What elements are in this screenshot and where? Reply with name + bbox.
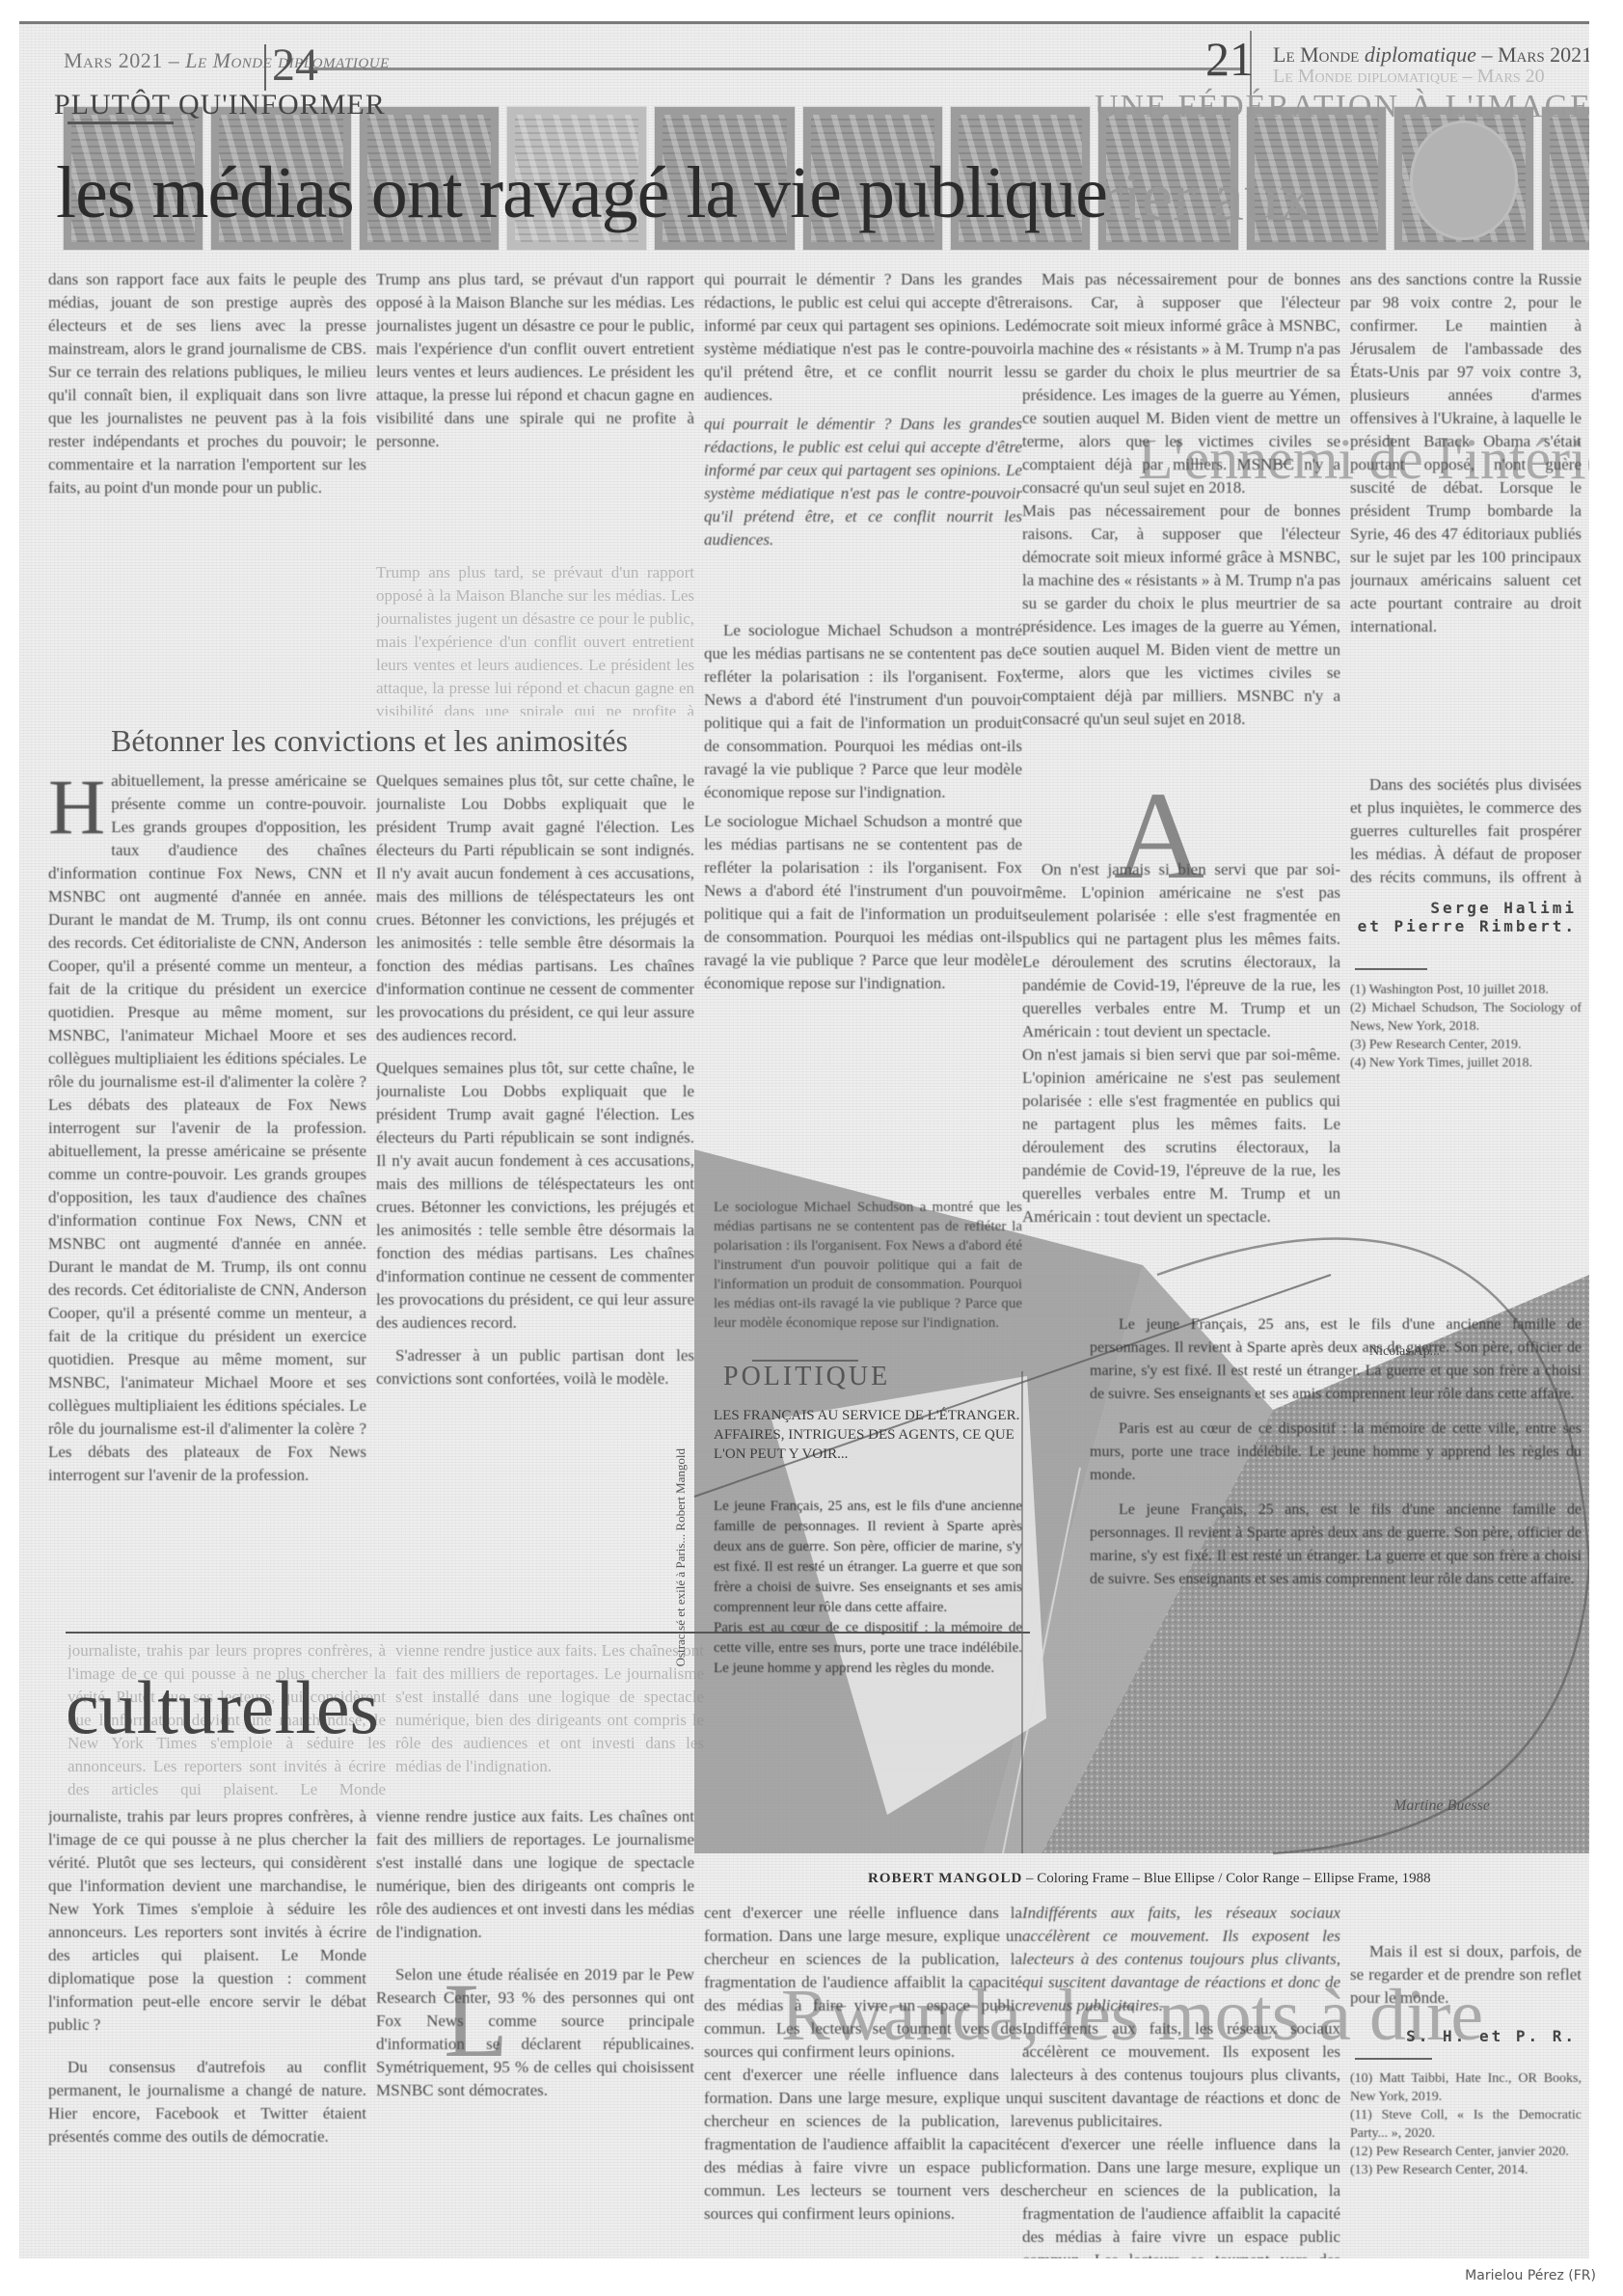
footnote: (11) Steve Coll, « Is the Democratic Par… — [1350, 2106, 1582, 2143]
article-text: Indifférents aux faits, les réseaux soci… — [1022, 1902, 1340, 2017]
subhead: Bétonner les convictions et les animosit… — [111, 723, 628, 759]
footnote: (3) Pew Research Center, 2019. — [1350, 1036, 1582, 1054]
section-sub-politique: Les Français au service de l'étranger. A… — [714, 1406, 1022, 1464]
ghost-section-heading: Une fédération à l'image modern — [1095, 89, 1589, 125]
article-text: Le sociologue Michael Schudson a montré … — [714, 1198, 1022, 1333]
page-number-right: 21 — [1205, 31, 1254, 87]
newspaper-collage-sheet: Mars 2021 – Le Monde diplomatique 24 21 … — [19, 21, 1589, 2258]
bottom-col-5: Mais il est si doux, parfois, de se rega… — [1350, 1940, 1582, 2037]
signature-line-1: Serge Halimi — [1350, 899, 1577, 917]
bottom-col-1: journaliste, trahis par leurs propres co… — [48, 1805, 366, 2258]
ghost-headline: rier aux — [1099, 162, 1313, 231]
article-col-1-top: dans son rapport face aux faits le peupl… — [48, 268, 366, 712]
image-credit: Robert Mangold – Coloring Frame – Blue E… — [868, 1871, 1431, 1887]
bottom-col-2: vienne rendre justice aux faits. Les cha… — [376, 1805, 694, 2258]
header-rule — [309, 68, 1244, 70]
folio-right-date: – Mars 2021 — [1481, 42, 1589, 67]
headline: les médias ont ravagé la vie publique — [56, 156, 1107, 230]
article-text: Le jeune Français, 25 ans, est le fils d… — [714, 1497, 1022, 1618]
footnote: (10) Matt Taibbi, Hate Inc., OR Books, N… — [1350, 2069, 1582, 2106]
collage-article-right: Le jeune Français, 25 ans, est le fils d… — [1090, 1313, 1582, 1815]
section-word-culturelles: culturelles — [66, 1670, 379, 1745]
photo-11 — [1541, 106, 1589, 251]
folio-right-publication: Le Monde — [1273, 42, 1359, 67]
article-text: Paris est au cœur de ce dispositif : la … — [714, 1618, 1022, 1679]
article-col-2-top: Trump ans plus tard, se prévaut d'un rap… — [376, 268, 694, 557]
collage-byline: Nicolas Ap... — [1369, 1340, 1485, 1364]
article-text: Mais il est si doux, parfois, de se rega… — [1350, 1940, 1582, 2010]
top-rule — [19, 21, 1589, 24]
article-col-1-body: Habituellement, la presse américaine se … — [48, 770, 366, 1618]
bottom-col-4: Indifférents aux faits, les réseaux soci… — [1022, 1902, 1340, 2258]
footnote: (1) Washington Post, 10 juillet 2018. — [1350, 981, 1582, 999]
article-col-5-top: ans des sanctions contre la Russie par 9… — [1350, 268, 1582, 770]
article-text: Le sociologue Michael Schudson a montré … — [704, 810, 1022, 995]
ghost-text: vienne rendre justice aux faits. Les cha… — [395, 1639, 704, 1778]
artist-credit: Marielou Pérez (FR) — [1465, 2268, 1596, 2283]
article-text: Selon une étude réalisée en 2019 par le … — [376, 1963, 694, 2102]
footnote: (13) Pew Research Center, 2014. — [1350, 2161, 1582, 2179]
article-col-4-body: On n'est jamais si bien servi que par so… — [1022, 858, 1340, 1311]
footnotes-bottom: (10) Matt Taibbi, Hate Inc., OR Books, N… — [1350, 2069, 1582, 2258]
footnote-rule — [1355, 968, 1427, 970]
kicker-rule — [68, 122, 174, 124]
vertical-caption: Ostracisé et exilé à Paris... Robert Man… — [673, 1448, 689, 1666]
article-text: Trump ans plus tard, se prévaut d'un rap… — [376, 268, 694, 453]
ghost-text-bottom-mid: vienne rendre justice aux faits. Les cha… — [395, 1639, 704, 1803]
kicker: Plutôt qu'informer — [54, 89, 386, 122]
footnotes-top: (1) Washington Post, 10 juillet 2018. (2… — [1350, 981, 1582, 1212]
article-text: ans des sanctions contre la Russie par 9… — [1350, 268, 1582, 638]
footnote: (12) Pew Research Center, janvier 2020. — [1350, 2143, 1582, 2161]
article-text: S'adresser à un public partisan dont les… — [376, 1344, 694, 1391]
article-text: qui pourrait le démentir ? Dans les gran… — [704, 268, 1022, 407]
footnote: (2) Michael Schudson, The Sociology of N… — [1350, 999, 1582, 1036]
article-text: Dans des sociétés plus divisées et plus … — [1350, 773, 1582, 889]
page-number-left: 24 — [272, 39, 318, 92]
article-text: abituellement, la presse américaine se p… — [48, 1142, 366, 1484]
article-text: On n'est jamais si bien servi que par so… — [1022, 1043, 1340, 1229]
article-text: Du consensus d'autrefois au conflit perm… — [48, 2056, 366, 2148]
article-col-3-top: qui pourrait le démentir ? Dans les gran… — [704, 268, 1022, 615]
article-text: cent d'exercer une réelle influence dans… — [704, 1902, 1022, 2064]
folio-left-date: Mars 2021 — [64, 48, 163, 72]
footnote: (4) New York Times, juillet 2018. — [1350, 1054, 1582, 1072]
folio-right: Le Monde diplomatique – Mars 2021 — [1273, 42, 1589, 68]
folio-right-publication-italic: diplomatique — [1365, 42, 1476, 67]
article-text: Mais pas nécessairement pour de bonnes r… — [1022, 500, 1340, 731]
article-text: dans son rapport face aux faits le peupl… — [48, 268, 366, 500]
article-text: On n'est jamais si bien servi que par so… — [1022, 858, 1340, 1043]
article-text: cent d'exercer une réelle influence dans… — [704, 2064, 1022, 2226]
article-text: journaliste, trahis par leurs propres co… — [48, 1805, 366, 2037]
signature-line-2: et Pierre Rimbert. — [1350, 917, 1577, 935]
article-text: Le jeune Français, 25 ans, est le fils d… — [1090, 1313, 1582, 1406]
author-initials: S. H. et P. R. — [1350, 2027, 1577, 2045]
article-text: Le jeune Français, 25 ans, est le fils d… — [1090, 1499, 1582, 1591]
article-col-5-body: Dans des sociétés plus divisées et plus … — [1350, 773, 1582, 889]
article-col-3-body: Le sociologue Michael Schudson a montré … — [704, 619, 1022, 1159]
folio-left: Mars 2021 – Le Monde diplomatique — [64, 48, 390, 73]
author-signature: Serge Halimi et Pierre Rimbert. — [1350, 899, 1577, 935]
article-text: Le sociologue Michael Schudson a montré … — [704, 619, 1022, 804]
article-text: Mais pas nécessairement pour de bonnes r… — [1022, 268, 1340, 500]
bottom-col-3: cent d'exercer une réelle influence dans… — [704, 1902, 1022, 2258]
folio-right-ghost: Le Monde diplomatique – Mars 20 — [1273, 66, 1545, 88]
article-text: Paris est au cœur de ce dispositif : la … — [1090, 1418, 1582, 1487]
article-text: Quelques semaines plus tôt, sur cette ch… — [376, 770, 694, 1047]
image-credit-details: – Coloring Frame – Blue Ellipse / Color … — [1026, 1871, 1431, 1886]
article-text: Quelques semaines plus tôt, sur cette ch… — [376, 1057, 694, 1335]
article-text: cent d'exercer une réelle influence dans… — [1022, 2133, 1340, 2258]
ghost-text-block: Trump ans plus tard, se prévaut d'un rap… — [376, 561, 694, 716]
article-text: Indifférents aux faits, les réseaux soci… — [1022, 2017, 1340, 2133]
section-label-politique: Politique — [723, 1362, 1041, 1392]
collage-article-inset: Le jeune Français, 25 ans, est le fils d… — [714, 1497, 1022, 1863]
collage-signature: Martine Buesse — [1393, 1797, 1490, 1815]
collage-text-block: Le sociologue Michael Schudson a montré … — [714, 1198, 1022, 1342]
article-col-4-top: Mais pas nécessairement pour de bonnes r… — [1022, 268, 1340, 847]
article-text: vienne rendre justice aux faits. Les cha… — [376, 1805, 694, 1944]
article-col-2-body: Quelques semaines plus tôt, sur cette ch… — [376, 770, 694, 1618]
dropcap-h: H — [48, 773, 105, 841]
footnote-rule-bottom — [1355, 2058, 1432, 2060]
image-credit-artist: Robert Mangold — [868, 1871, 1022, 1886]
photo-disc — [1393, 106, 1534, 251]
ghost-text: Trump ans plus tard, se prévaut d'un rap… — [376, 561, 694, 716]
article-text: qui pourrait le démentir ? Dans les gran… — [704, 413, 1022, 552]
